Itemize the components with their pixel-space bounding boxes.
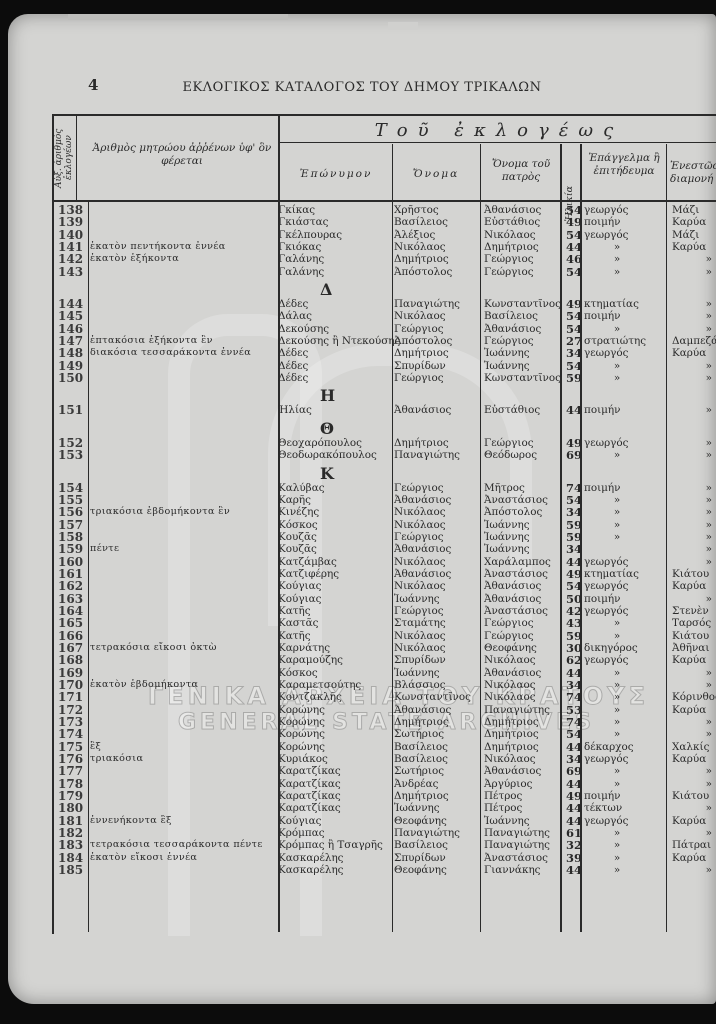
table-row: 184ἑκατὸν εἴκοσι ἐννέαΚασκαρέληςΣπυρίδων… — [52, 852, 716, 864]
table-row: 140ΓκέλπουραςἈλέξιοςΝικόλαος54γεωργόςΜάζ… — [52, 229, 716, 241]
occupation-cell: δικηγόρος — [584, 642, 662, 654]
header-group-rule — [278, 142, 716, 143]
residence-cell: » — [672, 360, 712, 372]
table-row: 141ἑκατὸν πεντήκοντα ἐννέαΓκιόκαςΝικόλαο… — [52, 241, 716, 253]
serial-number-cell: 139 — [58, 216, 86, 228]
header-registry-number: Ἀριθμὸς μητρώου ἀῤῥένων ὑφ' ὃν φέρεται — [92, 142, 272, 168]
occupation-cell: » — [584, 827, 650, 839]
surname-cell: Κορώνης — [278, 728, 325, 740]
surname-cell: Κουζᾶς — [278, 543, 317, 555]
serial-number-cell: 165 — [58, 617, 86, 629]
table-row: 151ἨλίαςἈθανάσιοςΕὐστάθιος44ποιμήν» — [52, 404, 716, 416]
surname-cell: Δεκούσης — [278, 323, 329, 335]
serial-number-cell: 183 — [58, 839, 86, 851]
father-name-cell: Ἰωάννης — [484, 519, 530, 531]
serial-number-cell: 162 — [58, 580, 86, 592]
table-row: 158ΚουζᾶςΓεώργιοςἸωάννης59»» — [52, 531, 716, 543]
surname-cell: Κινέζης — [278, 506, 319, 518]
name-cell: Θεοφάνης — [394, 815, 447, 827]
occupation-cell: ποιμήν — [584, 310, 662, 322]
residence-cell: Καρύα — [672, 580, 716, 592]
age-cell: 50 — [562, 593, 582, 605]
serial-number-cell: 151 — [58, 404, 86, 416]
surname-cell: Κούγιας — [278, 815, 321, 827]
residence-cell: » — [672, 266, 712, 278]
name-cell: Ἰωάννης — [394, 802, 440, 814]
name-cell: Σπυρίδων — [394, 654, 446, 666]
age-cell: 44 — [562, 556, 582, 568]
occupation-cell: ποιμήν — [584, 790, 662, 802]
registry-number-cell: ἑπτακόσια ἑξήκοντα ἓν — [90, 335, 213, 347]
table-row: 171ΚοντζακλῆςΚωνσταντῖνοςΝικόλαος74»Κόρι… — [52, 691, 716, 703]
residence-cell: Πάτραι — [672, 839, 716, 851]
occupation-cell: γεωργός — [584, 753, 662, 765]
serial-number-cell: 184 — [58, 852, 86, 864]
age-cell: 44 — [562, 404, 582, 416]
serial-number-cell: 182 — [58, 827, 86, 839]
occupation-cell: γεωργός — [584, 229, 662, 241]
residence-cell: » — [672, 482, 712, 494]
occupation-cell: » — [584, 765, 650, 777]
residence-cell: » — [672, 593, 712, 605]
occupation-cell: δέκαρχος — [584, 741, 662, 753]
surname-cell: Καρῆς — [278, 494, 311, 506]
surname-cell: Ἠλίας — [278, 404, 312, 416]
age-cell: 49 — [562, 790, 582, 802]
occupation-cell: » — [584, 241, 650, 253]
age-cell: 34 — [562, 753, 582, 765]
header-voter-group: Τοῦ ἐκλογέως — [282, 120, 716, 141]
name-cell: Γεώργιος — [394, 323, 444, 335]
name-cell: Θεοφάνης — [394, 864, 447, 876]
age-cell: 49 — [562, 568, 582, 580]
surname-cell: Κουζᾶς — [278, 531, 317, 543]
father-name-cell: Κωνσταντῖνος — [484, 298, 561, 310]
occupation-cell: » — [584, 839, 650, 851]
serial-number-cell: 176 — [58, 753, 86, 765]
serial-number-cell: 172 — [58, 704, 86, 716]
age-cell: 74 — [562, 716, 582, 728]
table-row: 146ΔεκούσηςΓεώργιοςἈθανάσιος54»» — [52, 323, 716, 335]
name-cell: Νικόλαος — [394, 241, 446, 253]
father-name-cell: Ἀθανάσιος — [484, 323, 541, 335]
age-cell: 34 — [562, 347, 582, 359]
header-father-name: Ὄνομα τοῦ πατρὸς — [486, 158, 556, 184]
father-name-cell: Γεώργιος — [484, 335, 534, 347]
residence-cell: Μάζι — [672, 229, 716, 241]
residence-cell: Καρύα — [672, 753, 716, 765]
father-name-cell: Νικόλαος — [484, 229, 536, 241]
name-cell: Νικόλαος — [394, 506, 446, 518]
residence-cell: Δαμπεζάνι — [672, 335, 716, 347]
serial-number-cell: 181 — [58, 815, 86, 827]
occupation-cell: στρατιώτης — [584, 335, 662, 347]
serial-number-cell: 148 — [58, 347, 86, 359]
table-row: 160ΚατζάμβαςΝικόλαοςΧαράλαμπος44γεωργός» — [52, 556, 716, 568]
surname-cell: Δέδες — [278, 347, 308, 359]
name-cell: Ἀπόστολος — [394, 266, 452, 278]
age-cell: 54 — [562, 360, 582, 372]
surname-cell: Δάλας — [278, 310, 312, 322]
age-cell: 44 — [562, 741, 582, 753]
registry-number-cell: τριακόσια — [90, 753, 143, 765]
surname-cell: Κόσκος — [278, 667, 318, 679]
age-cell: 54 — [562, 310, 582, 322]
table-row: 185ΚασκαρέληςΘεοφάνηςΓιαννάκης44»» — [52, 864, 716, 876]
table-row: 161ΚατζιφέρηςἈθανάσιοςἈναστάσιος49κτηματ… — [52, 568, 716, 580]
registry-number-cell: ἐννενήκοντα ἓξ — [90, 815, 172, 827]
age-cell: 54 — [562, 728, 582, 740]
surname-cell: Καρατζίκας — [278, 790, 341, 802]
occupation-cell: γεωργός — [584, 556, 662, 568]
surname-cell: Θεοχαρόπουλος — [278, 437, 362, 449]
age-cell: 54 — [562, 494, 582, 506]
occupation-cell: » — [584, 360, 650, 372]
residence-cell: Καρύα — [672, 654, 716, 666]
age-cell: 30 — [562, 642, 582, 654]
residence-cell: Καρύα — [672, 216, 716, 228]
name-cell: Σωτήριος — [394, 728, 444, 740]
residence-cell: » — [672, 494, 712, 506]
serial-number-cell: 174 — [58, 728, 86, 740]
surname-cell: Δεκούσης ἢ Ντεκούσης — [278, 335, 400, 347]
surname-cell: Καλύβας — [278, 482, 325, 494]
serial-number-cell: 153 — [58, 449, 86, 461]
name-cell: Δημήτριος — [394, 347, 449, 359]
table-row: 162ΚούγιαςΝικόλαοςἈθανάσιος54γεωργόςΚαρύ… — [52, 580, 716, 592]
name-cell: Νικόλαος — [394, 519, 446, 531]
header-bottom-rule — [52, 200, 716, 202]
age-cell: 42 — [562, 605, 582, 617]
name-cell: Γεώργιος — [394, 531, 444, 543]
surname-cell: Κόσκος — [278, 519, 318, 531]
father-name-cell: Γεώργιος — [484, 437, 534, 449]
table-top-rule — [52, 114, 716, 116]
occupation-cell: » — [584, 266, 650, 278]
occupation-cell: γεωργός — [584, 815, 662, 827]
registry-number-cell: τριακόσια ἑβδομήκοντα ἓν — [90, 506, 230, 518]
serial-number-cell: 164 — [58, 605, 86, 617]
table-row: 142ἑκατὸν ἑξήκονταΓαλάνηςΔημήτριοςΓεώργι… — [52, 253, 716, 265]
table-row: 178ΚαρατζίκαςἈνδρέαςἈργύριος44»» — [52, 778, 716, 790]
surname-cell: Γκιάστας — [278, 216, 328, 228]
occupation-cell: » — [584, 253, 650, 265]
table-row: 149ΔέδεςΣπυρίδωνἸωάννης54»» — [52, 360, 716, 372]
table-row: 172ΚορώνηςἈθανάσιοςΠαναγιώτης53»Καρύα — [52, 704, 716, 716]
name-cell: Δημήτριος — [394, 437, 449, 449]
header-residence: Ἐνεστῶσα διαμονή — [670, 160, 716, 186]
surname-cell: Καραμετσούτης — [278, 679, 361, 691]
table-row: 180ΚαρατζίκαςἸωάννηςΠέτρος44τέκτων» — [52, 802, 716, 814]
occupation-cell: ποιμήν — [584, 404, 662, 416]
residence-cell: Καρύα — [672, 704, 716, 716]
serial-number-cell: 145 — [58, 310, 86, 322]
age-cell: 44 — [562, 241, 582, 253]
residence-cell: » — [672, 437, 712, 449]
occupation-cell: ποιμήν — [584, 482, 662, 494]
father-name-cell: Ἀθανάσιος — [484, 593, 541, 605]
serial-number-cell: 178 — [58, 778, 86, 790]
table-row: 139ΓκιάσταςΒασίλειοςΕὐστάθιος49ποιμήνΚαρ… — [52, 216, 716, 228]
residence-cell: Καρύα — [672, 241, 716, 253]
father-name-cell: Ἰωάννης — [484, 531, 530, 543]
surname-cell: Κατζάμβας — [278, 556, 337, 568]
father-name-cell: Ἰωάννης — [484, 360, 530, 372]
residence-cell: » — [672, 765, 712, 777]
surname-cell: Κατῆς — [278, 630, 311, 642]
table-row: 174ΚορώνηςΣωτήριοςΔημήτριος54»» — [52, 728, 716, 740]
name-cell: Παναγιώτης — [394, 298, 460, 310]
surname-cell: Κούγιας — [278, 580, 321, 592]
name-cell: Σπυρίδων — [394, 852, 446, 864]
surname-cell: Καρατζίκας — [278, 765, 341, 777]
age-cell: 43 — [562, 617, 582, 629]
serial-number-cell: 166 — [58, 630, 86, 642]
age-cell: 44 — [562, 667, 582, 679]
serial-number-cell: 173 — [58, 716, 86, 728]
table-row: 182ΚρόμπαςΠαναγιώτηςΠαναγιώτης61»» — [52, 827, 716, 839]
occupation-cell: γεωργός — [584, 204, 662, 216]
registry-number-cell: ἑκατὸν ἑβδομήκοντα — [90, 679, 198, 691]
table-row: 152ΘεοχαρόπουλοςΔημήτριοςΓεώργιος49γεωργ… — [52, 437, 716, 449]
occupation-cell: γεωργός — [584, 580, 662, 592]
surname-cell: Καρατζίκας — [278, 778, 341, 790]
surname-cell: Γκέλπουρας — [278, 229, 342, 241]
occupation-cell: » — [584, 716, 650, 728]
surname-cell: Κασκαρέλης — [278, 864, 344, 876]
residence-cell: » — [672, 827, 712, 839]
table-row: 154ΚαλύβαςΓεώργιοςΜῆτρος74ποιμήν» — [52, 482, 716, 494]
table-row: 163ΚούγιαςἸωάννηςἈθανάσιος50ποιμήν» — [52, 593, 716, 605]
surname-cell: Δέδες — [278, 360, 308, 372]
serial-number-cell: 142 — [58, 253, 86, 265]
name-cell: Νικόλαος — [394, 630, 446, 642]
father-name-cell: Πέτρος — [484, 790, 522, 802]
residence-cell: Κιάτου — [672, 630, 716, 642]
age-cell: 54 — [562, 266, 582, 278]
residence-cell: » — [672, 543, 712, 555]
section-letter-text: Κ — [320, 464, 334, 483]
residence-cell: » — [672, 310, 712, 322]
occupation-cell: γεωργός — [584, 437, 662, 449]
table-row: 148διακόσια τεσσαράκοντα ἐννέαΔέδεςΔημήτ… — [52, 347, 716, 359]
surname-cell: Κασκαρέλης — [278, 852, 344, 864]
occupation-cell: κτηματίας — [584, 568, 662, 580]
name-cell: Γεώργιος — [394, 372, 444, 384]
serial-number-cell: 177 — [58, 765, 86, 777]
table-row: 153ΘεοδωρακόπουλοςΠαναγιώτηςΘεόδωρος69»» — [52, 449, 716, 461]
section-letter-text: Δ — [320, 280, 332, 299]
name-cell: Ἀλέξιος — [394, 229, 435, 241]
father-name-cell: Δημήτριος — [484, 241, 539, 253]
residence-cell: » — [672, 802, 712, 814]
name-cell: Βασίλειος — [394, 839, 448, 851]
surname-cell: Κούγιας — [278, 593, 321, 605]
father-name-cell: Ἀθανάσιος — [484, 204, 541, 216]
father-name-cell: Γεώργιος — [484, 630, 534, 642]
table-row: 167τετρακόσια εἴκοσι ὀκτὼΚαρνάτηςΝικόλαο… — [52, 642, 716, 654]
table-row: 164ΚατῆςΓεώργιοςἈναστάσιος42γεωργόςΣτενὲ… — [52, 605, 716, 617]
surname-cell: Γκιόκας — [278, 241, 321, 253]
age-cell: 44 — [562, 778, 582, 790]
name-cell: Δημήτριος — [394, 253, 449, 265]
surname-cell: Γαλάνης — [278, 266, 324, 278]
table-row: 168ΚαραμούζηςΣπυρίδωνΝικόλαος62γεωργόςΚα… — [52, 654, 716, 666]
header-serial-number: Αὐξ. ἀριθμὸς ἐκλογέων — [54, 118, 74, 198]
occupation-cell: γεωργός — [584, 347, 662, 359]
page-title: ΕΚΛΟΓΙΚΟΣ ΚΑΤΑΛΟΓΟΣ ΤΟΥ ΔΗΜΟΥ ΤΡΙΚΑΛΩΝ — [8, 80, 716, 95]
father-name-cell: Ἀναστάσιος — [484, 852, 548, 864]
father-name-cell: Χαράλαμπος — [484, 556, 551, 568]
age-cell: 74 — [562, 482, 582, 494]
father-name-cell: Παναγιώτης — [484, 839, 550, 851]
residence-cell: » — [672, 716, 712, 728]
father-name-cell: Ἀπόστολος — [484, 506, 542, 518]
section-letter: Η — [52, 384, 716, 404]
residence-cell: » — [672, 449, 712, 461]
name-cell: Ἰωάννης — [394, 667, 440, 679]
age-cell: 59 — [562, 630, 582, 642]
name-cell: Βασίλειος — [394, 741, 448, 753]
registry-number-cell: ἓξ — [90, 741, 101, 753]
residence-cell: » — [672, 404, 712, 416]
father-name-cell: Δημήτριος — [484, 728, 539, 740]
age-cell: 49 — [562, 298, 582, 310]
surname-cell: Θεοδωρακόπουλος — [278, 449, 377, 461]
col-rule — [76, 116, 77, 200]
occupation-cell: ποιμήν — [584, 216, 662, 228]
surname-cell: Κοντζακλῆς — [278, 691, 342, 703]
residence-cell: Μάζι — [672, 204, 716, 216]
occupation-cell: » — [584, 667, 650, 679]
residence-cell: Κόρινθος — [672, 691, 716, 703]
serial-number-cell: 143 — [58, 266, 86, 278]
age-cell: 59 — [562, 531, 582, 543]
name-cell: Σωτήριος — [394, 765, 444, 777]
residence-cell: Ταρσός — [672, 617, 716, 629]
registry-number-cell: τετρακόσια τεσσαράκοντα πέντε — [90, 839, 263, 851]
table-row: 144ΔέδεςΠαναγιώτηςΚωνσταντῖνος49κτηματία… — [52, 298, 716, 310]
residence-cell: Χαλκίς — [672, 741, 716, 753]
table-row: 170ἑκατὸν ἑβδομήκονταΚαραμετσούτηςΒλάσσι… — [52, 679, 716, 691]
age-cell: 34 — [562, 543, 582, 555]
age-cell: 49 — [562, 216, 582, 228]
name-cell: Ἀθανάσιος — [394, 704, 451, 716]
surname-cell: Καραμούζης — [278, 654, 343, 666]
surname-cell: Κρόμπας — [278, 827, 325, 839]
father-name-cell: Γεώργιος — [484, 266, 534, 278]
section-letter-text: Θ — [320, 419, 334, 438]
name-cell: Σπυρίδων — [394, 360, 446, 372]
age-cell: 54 — [562, 229, 582, 241]
name-cell: Νικόλαος — [394, 556, 446, 568]
age-cell: 53 — [562, 704, 582, 716]
occupation-cell: ποιμήν — [584, 593, 662, 605]
surname-cell: Κορώνης — [278, 704, 325, 716]
name-cell: Ἰωάννης — [394, 593, 440, 605]
name-cell: Ἀθανάσιος — [394, 568, 451, 580]
name-cell: Νικόλαος — [394, 580, 446, 592]
surname-cell: Καστᾶς — [278, 617, 318, 629]
father-name-cell: Ἀθανάσιος — [484, 765, 541, 777]
age-cell: 59 — [562, 372, 582, 384]
table-row: 169ΚόσκοςἸωάννηςἈθανάσιος44»» — [52, 667, 716, 679]
age-cell: 34 — [562, 679, 582, 691]
occupation-cell: » — [584, 630, 650, 642]
table-row: 156τριακόσια ἑβδομήκοντα ἓνΚινέζηςΝικόλα… — [52, 506, 716, 518]
serial-number-cell: 175 — [58, 741, 86, 753]
name-cell: Βασίλειος — [394, 753, 448, 765]
age-cell: 54 — [562, 580, 582, 592]
table-row: 181ἐννενήκοντα ἓξΚούγιαςΘεοφάνηςἸωάννης4… — [52, 815, 716, 827]
father-name-cell: Ἰωάννης — [484, 815, 530, 827]
serial-number-cell: 161 — [58, 568, 86, 580]
father-name-cell: Ἀναστάσιος — [484, 568, 548, 580]
name-cell: Νικόλαος — [394, 642, 446, 654]
residence-cell: Καρύα — [672, 347, 716, 359]
age-cell: 49 — [562, 437, 582, 449]
occupation-cell: » — [584, 531, 650, 543]
serial-number-cell: 180 — [58, 802, 86, 814]
occupation-cell: » — [584, 372, 650, 384]
torn-edge — [68, 14, 288, 20]
residence-cell: » — [672, 864, 712, 876]
surname-cell: Κορώνης — [278, 741, 325, 753]
table-row: 173ΚορώνηςΔημήτριοςΔημήτριος74»» — [52, 716, 716, 728]
father-name-cell: Ἀθανάσιος — [484, 667, 541, 679]
serial-number-cell: 144 — [58, 298, 86, 310]
table-row: 165ΚαστᾶςΣταμάτηςΓεώργιος43»Ταρσός — [52, 617, 716, 629]
age-cell: 46 — [562, 253, 582, 265]
table-row: 157ΚόσκοςΝικόλαοςἸωάννης59»» — [52, 519, 716, 531]
section-letter-text: Η — [320, 386, 335, 405]
table-row: 147ἑπτακόσια ἑξήκοντα ἓνΔεκούσης ἢ Ντεκο… — [52, 335, 716, 347]
serial-number-cell: 160 — [58, 556, 86, 568]
father-name-cell: Θεόδωρος — [484, 449, 537, 461]
residence-cell: Κιάτου — [672, 790, 716, 802]
occupation-cell: » — [584, 728, 650, 740]
serial-number-cell: 169 — [58, 667, 86, 679]
surname-cell: Κορώνης — [278, 716, 325, 728]
name-cell: Βασίλειος — [394, 216, 448, 228]
serial-number-cell: 185 — [58, 864, 86, 876]
registry-number-cell: ἑκατὸν εἴκοσι ἐννέα — [90, 852, 197, 864]
father-name-cell: Πέτρος — [484, 802, 522, 814]
table-row: 179ΚαρατζίκαςΔημήτριοςΠέτρος49ποιμήνΚιάτ… — [52, 790, 716, 802]
occupation-cell: » — [584, 691, 650, 703]
father-name-cell: Κωνσταντῖνος — [484, 372, 561, 384]
serial-number-cell: 171 — [58, 691, 86, 703]
table-row: 150ΔέδεςΓεώργιοςΚωνσταντῖνος59»» — [52, 372, 716, 384]
name-cell: Νικόλαος — [394, 310, 446, 322]
residence-cell: » — [672, 556, 712, 568]
father-name-cell: Εὐστάθιος — [484, 404, 540, 416]
serial-number-cell: 168 — [58, 654, 86, 666]
header-occupation: Ἐπάγγελμα ἢ ἐπιτήδευμα — [584, 152, 664, 178]
serial-number-cell: 149 — [58, 360, 86, 372]
table-row: 155ΚαρῆςἈθανάσιοςἈναστάσιος54»» — [52, 494, 716, 506]
age-cell: 44 — [562, 815, 582, 827]
father-name-cell: Γεώργιος — [484, 253, 534, 265]
name-cell: Ἀθανάσιος — [394, 404, 451, 416]
electoral-register-table: Αὐξ. ἀριθμὸς ἐκλογέων Ἀριθμὸς μητρώου ἀῤ… — [52, 114, 716, 944]
serial-number-cell: 163 — [58, 593, 86, 605]
table-row: 176τριακόσιαΚυριάκοςΒασίλειοςΝικόλαος34γ… — [52, 753, 716, 765]
residence-cell: » — [672, 372, 712, 384]
name-cell: Γεώργιος — [394, 605, 444, 617]
father-name-cell: Νικόλαος — [484, 679, 536, 691]
name-cell: Δημήτριος — [394, 790, 449, 802]
